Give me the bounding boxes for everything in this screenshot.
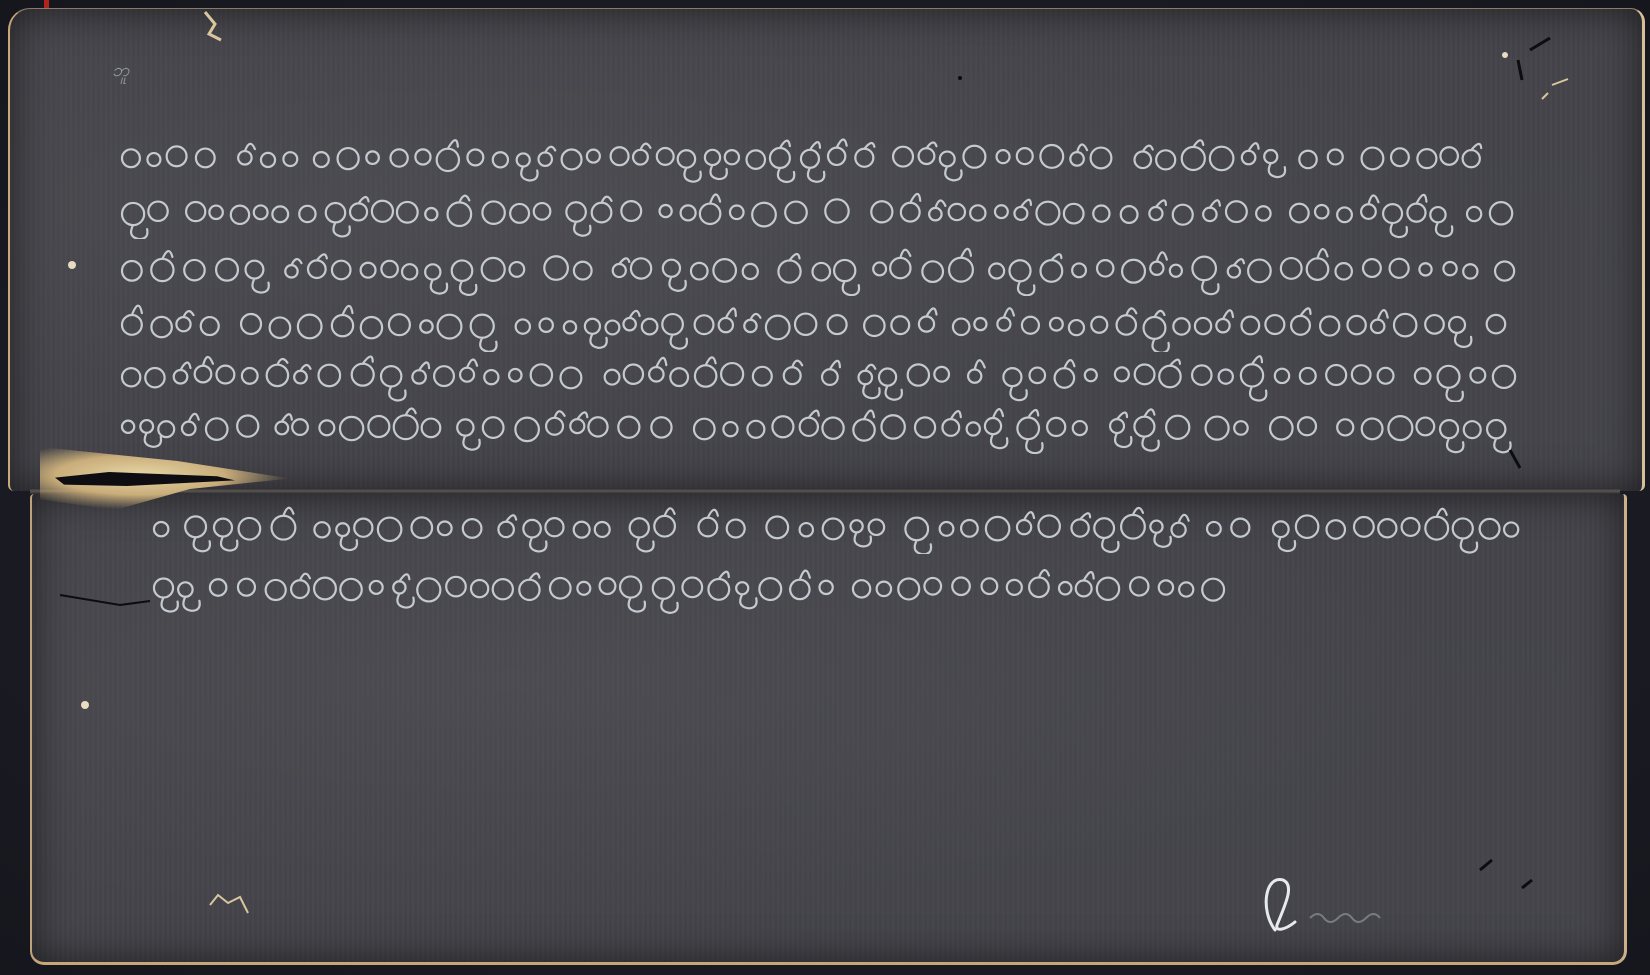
surface-damage [0, 0, 1650, 975]
